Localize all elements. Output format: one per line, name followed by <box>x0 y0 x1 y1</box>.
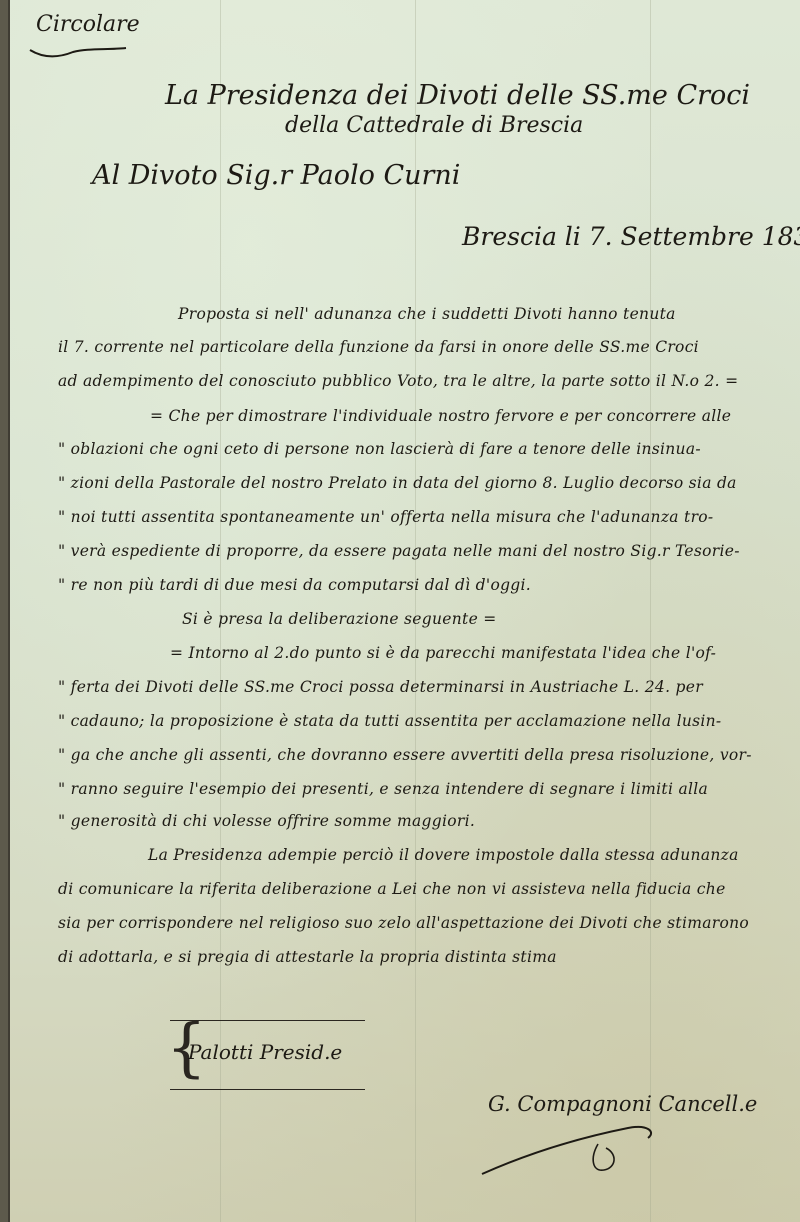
body-line: di comunicare la riferita deliberazione … <box>58 880 726 898</box>
letter-title: La Presidenza dei Divoti delle SS.me Cro… <box>165 80 750 111</box>
body-line: = Intorno al 2.do punto si è da parecchi… <box>170 644 716 662</box>
circular-label: Circolare <box>36 12 140 37</box>
chancellor-signature: G. Compagnoni Cancell.e <box>488 1092 757 1116</box>
body-line: Proposta si nell' adunanza che i suddett… <box>178 305 676 323</box>
body-line: = Che per dimostrare l'individuale nostr… <box>150 407 731 425</box>
paper-fold-line <box>650 0 651 1222</box>
place-date: Brescia li 7. Settembre 1836. <box>462 222 800 251</box>
body-line: " verà espediente di proporre, da essere… <box>58 542 740 560</box>
body-line: sia per corrispondere nel religioso suo … <box>58 914 749 932</box>
body-line: " ranno seguire l'esempio dei presenti, … <box>58 780 708 798</box>
letter-subtitle: della Cattedrale di Brescia <box>285 113 583 138</box>
president-signature: Palotti Presid.e <box>188 1040 342 1064</box>
body-line: " noi tutti assentita spontaneamente un'… <box>58 508 713 526</box>
body-line: Si è presa la deliberazione seguente = <box>182 610 497 628</box>
body-line: di adottarla, e si pregia di attestarle … <box>58 948 557 966</box>
body-line: ad adempimento del conosciuto pubblico V… <box>58 372 738 390</box>
body-line: " ferta dei Divoti delle SS.me Croci pos… <box>58 678 703 696</box>
addressee: Al Divoto Sig.r Paolo Curni <box>92 160 460 191</box>
body-line: " oblazioni che ogni ceto di persone non… <box>58 440 701 458</box>
body-line: il 7. corrente nel particolare della fun… <box>58 338 699 356</box>
body-line: " ga che anche gli assenti, che dovranno… <box>58 746 752 764</box>
body-line: " re non più tardi di due mesi da comput… <box>58 576 531 594</box>
body-line: " cadauno; la proposizione è stata da tu… <box>58 712 721 730</box>
letter-page: Circolare La Presidenza dei Divoti delle… <box>8 0 800 1222</box>
body-line: " zioni della Pastorale del nostro Prela… <box>58 474 737 492</box>
signature-flourish-icon <box>478 1118 678 1178</box>
body-line: " generosità di chi volesse offrire somm… <box>58 812 475 830</box>
underline-flourish-icon <box>28 46 128 60</box>
body-line: La Presidenza adempie perciò il dovere i… <box>148 846 739 864</box>
